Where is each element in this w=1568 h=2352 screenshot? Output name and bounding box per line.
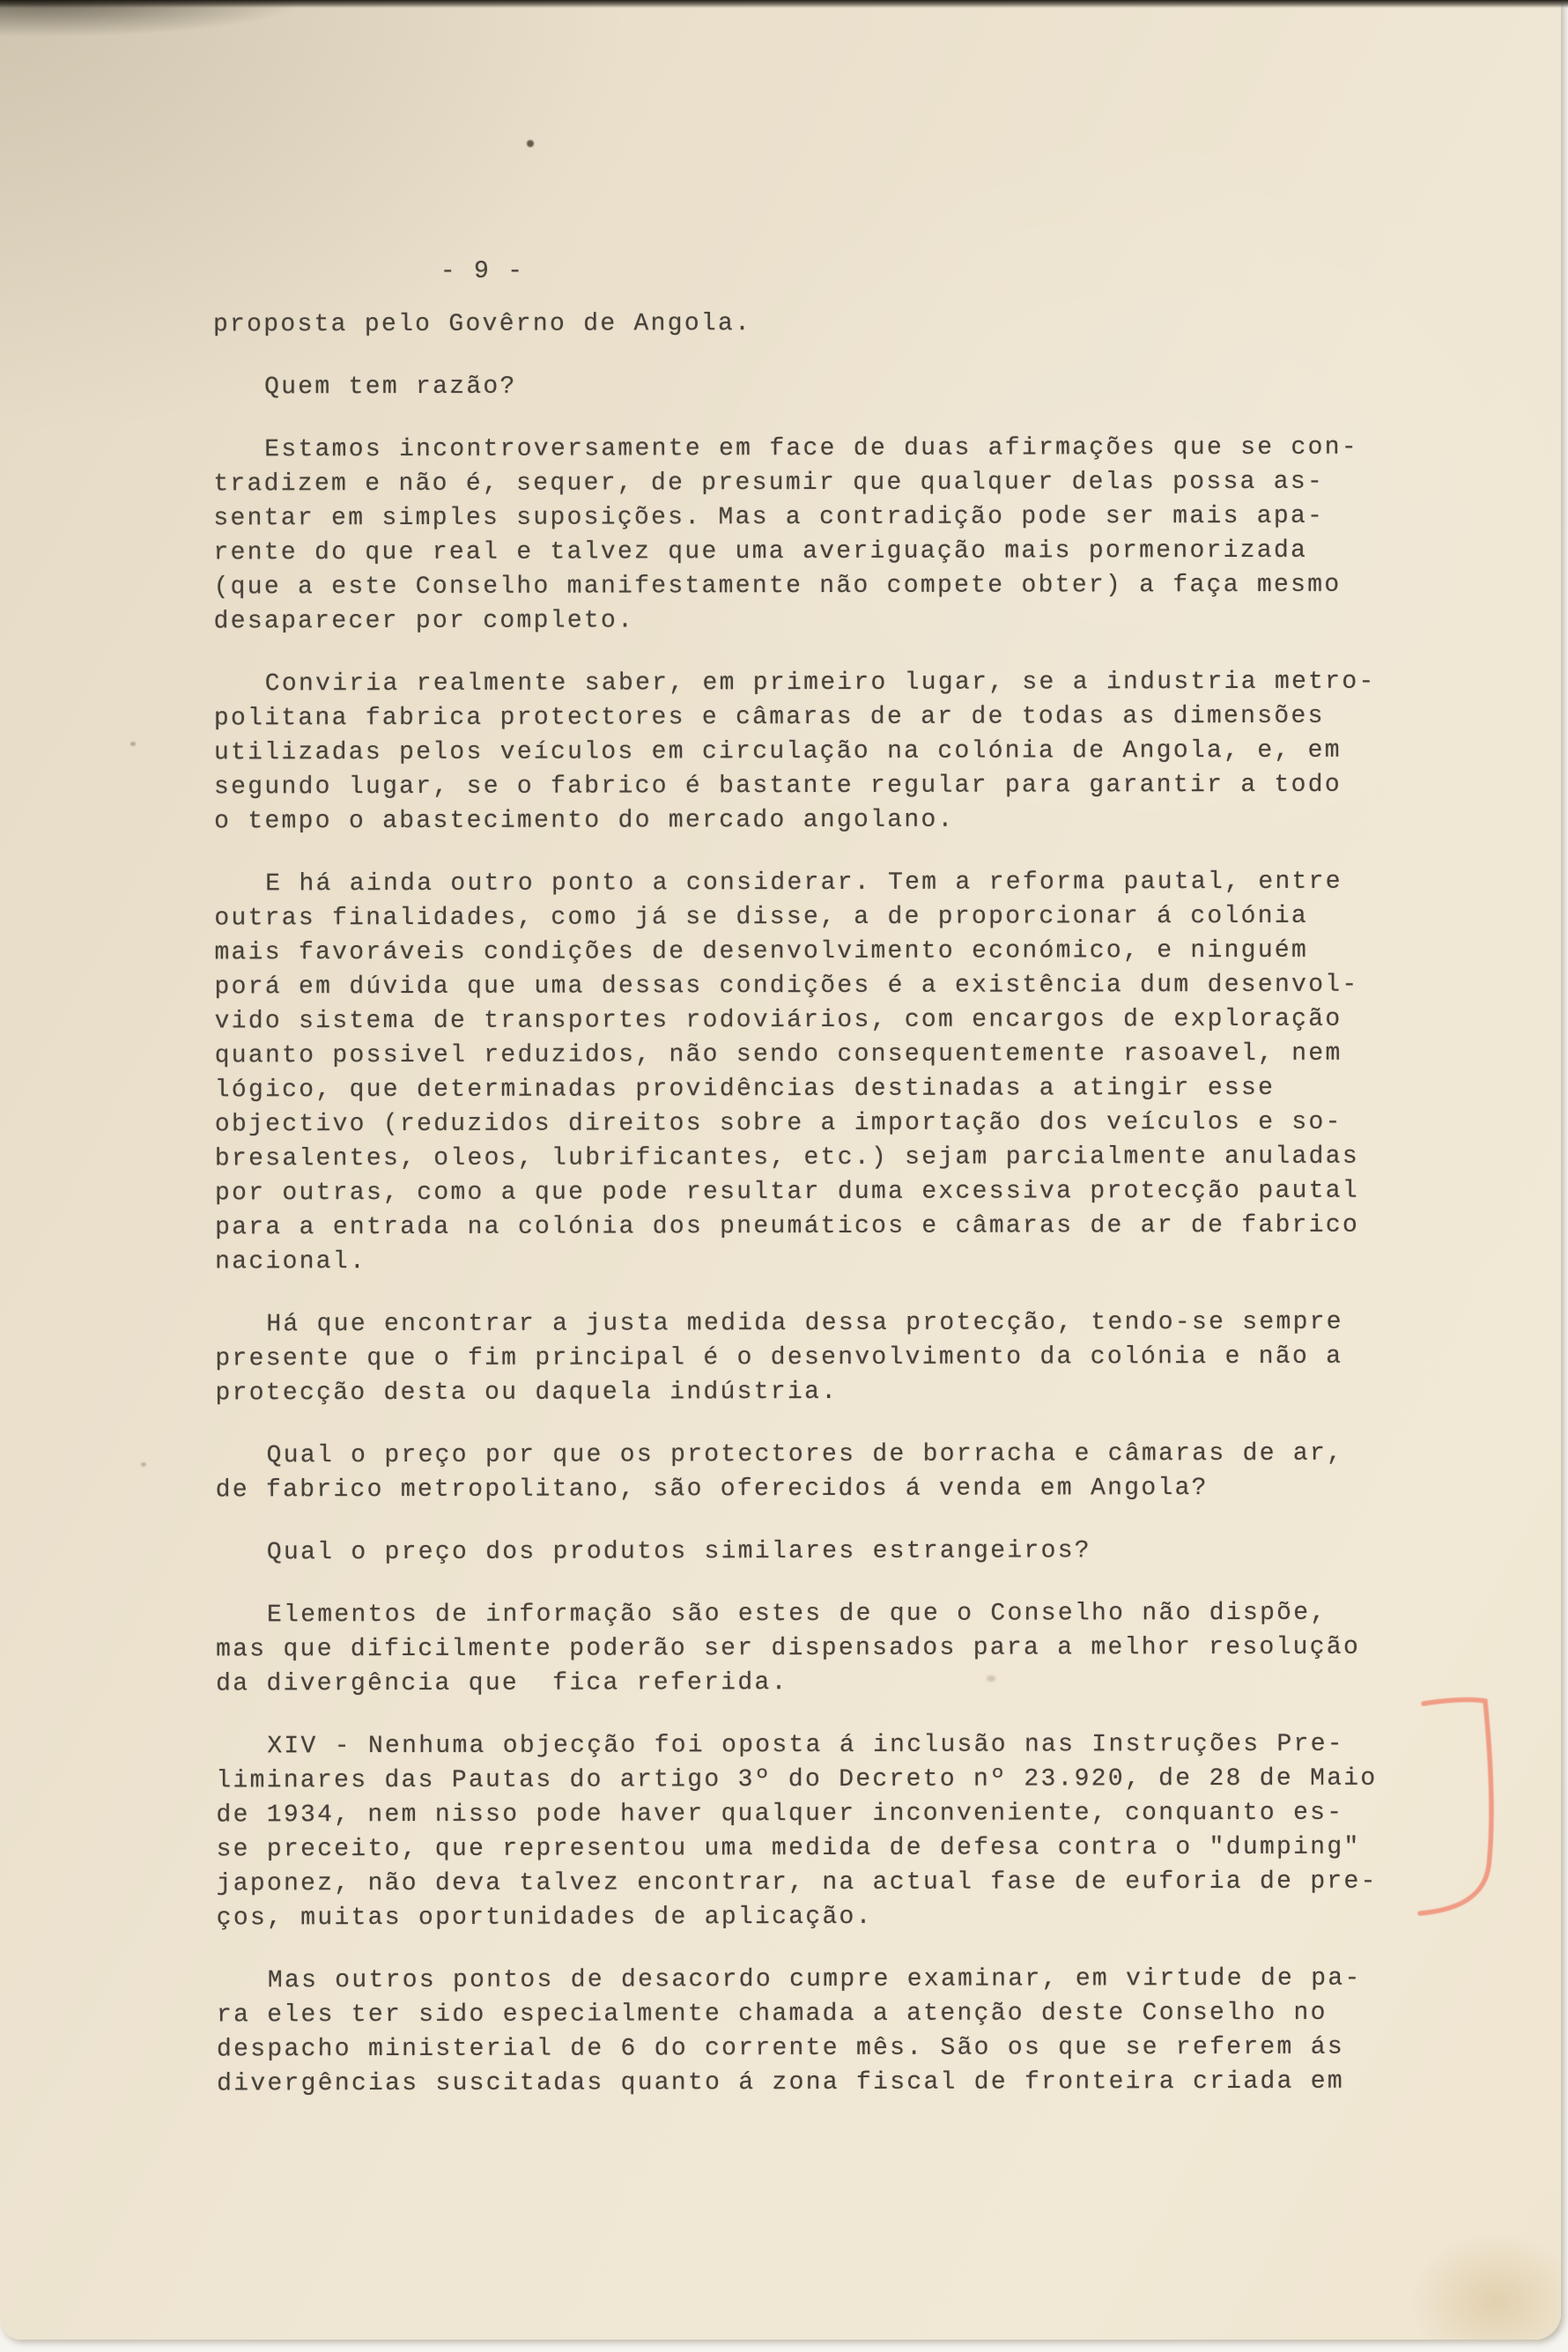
text-line: quanto possivel reduzidos, não sendo con… bbox=[215, 1037, 1413, 1074]
text-line: presente que o fim principal é o desenvo… bbox=[215, 1340, 1413, 1377]
text-line: japonez, não deva talvez encontrar, na a… bbox=[217, 1865, 1415, 1902]
text-line: lógico, que determinadas providências de… bbox=[215, 1071, 1413, 1108]
paragraph: XIV - Nenhuma objecção foi oposta á incl… bbox=[216, 1727, 1414, 1936]
text-line: E há ainda outro ponto a considerar. Tem… bbox=[214, 865, 1412, 902]
text-line: de fabrico metropolitano, são oferecidos… bbox=[216, 1471, 1414, 1508]
text-line: mas que dificilmente poderão ser dispens… bbox=[216, 1631, 1414, 1668]
text-line: sentar em simples suposições. Mas a cont… bbox=[213, 499, 1411, 536]
text-line: por outras, como a que pode resultar dum… bbox=[215, 1174, 1413, 1211]
text-line: se preceito, que representou uma medida … bbox=[217, 1831, 1415, 1868]
text-line: porá em dúvida que uma dessas condições … bbox=[214, 968, 1412, 1005]
paper-speck bbox=[527, 140, 534, 147]
text-line: divergências suscitadas quanto á zona fi… bbox=[217, 2065, 1415, 2102]
text-line: objectivo (reduzidos direitos sobre a im… bbox=[215, 1106, 1413, 1143]
paragraph-container: proposta pelo Govêrno de Angola.Quem tem… bbox=[213, 306, 1415, 2102]
paragraph: Qual o preço dos produtos similares estr… bbox=[216, 1534, 1414, 1571]
text-line: Conviria realmente saber, em primeiro lu… bbox=[214, 665, 1412, 702]
scan-corner-shadow bbox=[0, 0, 370, 53]
text-line: ços, muitas oportunidades de aplicação. bbox=[217, 1899, 1415, 1936]
text-line: politana fabrica protectores e câmaras d… bbox=[214, 699, 1412, 736]
text-line: liminares das Pautas do artigo 3º do Dec… bbox=[216, 1762, 1414, 1799]
text-line: mais favoráveis condições de desenvolvim… bbox=[214, 934, 1412, 971]
text-line: para a entrada na colónia dos pneumático… bbox=[215, 1209, 1413, 1246]
text-line: bresalentes, oleos, lubrificantes, etc.)… bbox=[215, 1140, 1413, 1177]
paragraph: E há ainda outro ponto a considerar. Tem… bbox=[214, 865, 1413, 1280]
paragraph: Qual o preço por que os protectores de b… bbox=[216, 1437, 1414, 1508]
text-line: despacho ministerial de 6 do corrente mê… bbox=[217, 2030, 1415, 2067]
paragraph: Mas outros pontos de desacordo cumpre ex… bbox=[217, 1962, 1415, 2102]
text-line: Elementos de informação são estes de que… bbox=[216, 1596, 1414, 1633]
text-line: da divergência que fica referida. bbox=[216, 1665, 1414, 1702]
paragraph: Quem tem razão? bbox=[213, 368, 1411, 405]
text-line: Há que encontrar a justa medida dessa pr… bbox=[215, 1305, 1413, 1342]
document-text: - 9 - proposta pelo Govêrno de Angola.Qu… bbox=[213, 253, 1415, 2130]
text-line: outras finalidades, como já se disse, a … bbox=[214, 899, 1412, 936]
text-line: Estamos incontroversamente em face de du… bbox=[213, 431, 1411, 468]
text-line: de 1934, nem nisso pode haver qualquer i… bbox=[216, 1796, 1414, 1833]
text-line: (que a este Conselho manifestamente não … bbox=[214, 568, 1412, 605]
paragraph: Conviria realmente saber, em primeiro lu… bbox=[214, 665, 1412, 839]
paragraph: Estamos incontroversamente em face de du… bbox=[213, 431, 1411, 640]
text-line: vido sistema de transportes rodoviários,… bbox=[215, 1002, 1413, 1039]
text-line: protecção desta ou daquela indústria. bbox=[215, 1374, 1413, 1411]
paper-speck bbox=[130, 742, 136, 746]
text-line: XIV - Nenhuma objecção foi oposta á incl… bbox=[216, 1727, 1414, 1764]
paragraph: Há que encontrar a justa medida dessa pr… bbox=[215, 1305, 1413, 1411]
text-line: rente do que real e talvez que uma averi… bbox=[213, 534, 1411, 571]
page-number: - 9 - bbox=[440, 253, 1411, 289]
scanned-page-background: - 9 - proposta pelo Govêrno de Angola.Qu… bbox=[0, 0, 1568, 2352]
text-line: o tempo o abastecimento do mercado angol… bbox=[214, 802, 1412, 839]
text-line: utilizadas pelos veículos em circulação … bbox=[214, 734, 1412, 771]
text-line: Mas outros pontos de desacordo cumpre ex… bbox=[217, 1962, 1415, 1999]
text-line: Qual o preço dos produtos similares estr… bbox=[216, 1534, 1414, 1571]
paper-speck bbox=[141, 1462, 146, 1467]
text-line: ra eles ter sido especialmente chamada a… bbox=[217, 1996, 1415, 2033]
text-line: Qual o preço por que os protectores de b… bbox=[216, 1437, 1414, 1474]
text-line: proposta pelo Govêrno de Angola. bbox=[213, 306, 1411, 343]
text-line: nacional. bbox=[215, 1243, 1413, 1280]
text-line: tradizem e não é, sequer, de presumir qu… bbox=[213, 465, 1411, 502]
text-line: desaparecer por completo. bbox=[214, 603, 1412, 640]
text-line: segundo lugar, se o fabrico é bastante r… bbox=[214, 768, 1412, 805]
paragraph: Elementos de informação são estes de que… bbox=[216, 1596, 1414, 1702]
text-line: Quem tem razão? bbox=[213, 368, 1411, 405]
paragraph: proposta pelo Govêrno de Angola. bbox=[213, 306, 1411, 343]
